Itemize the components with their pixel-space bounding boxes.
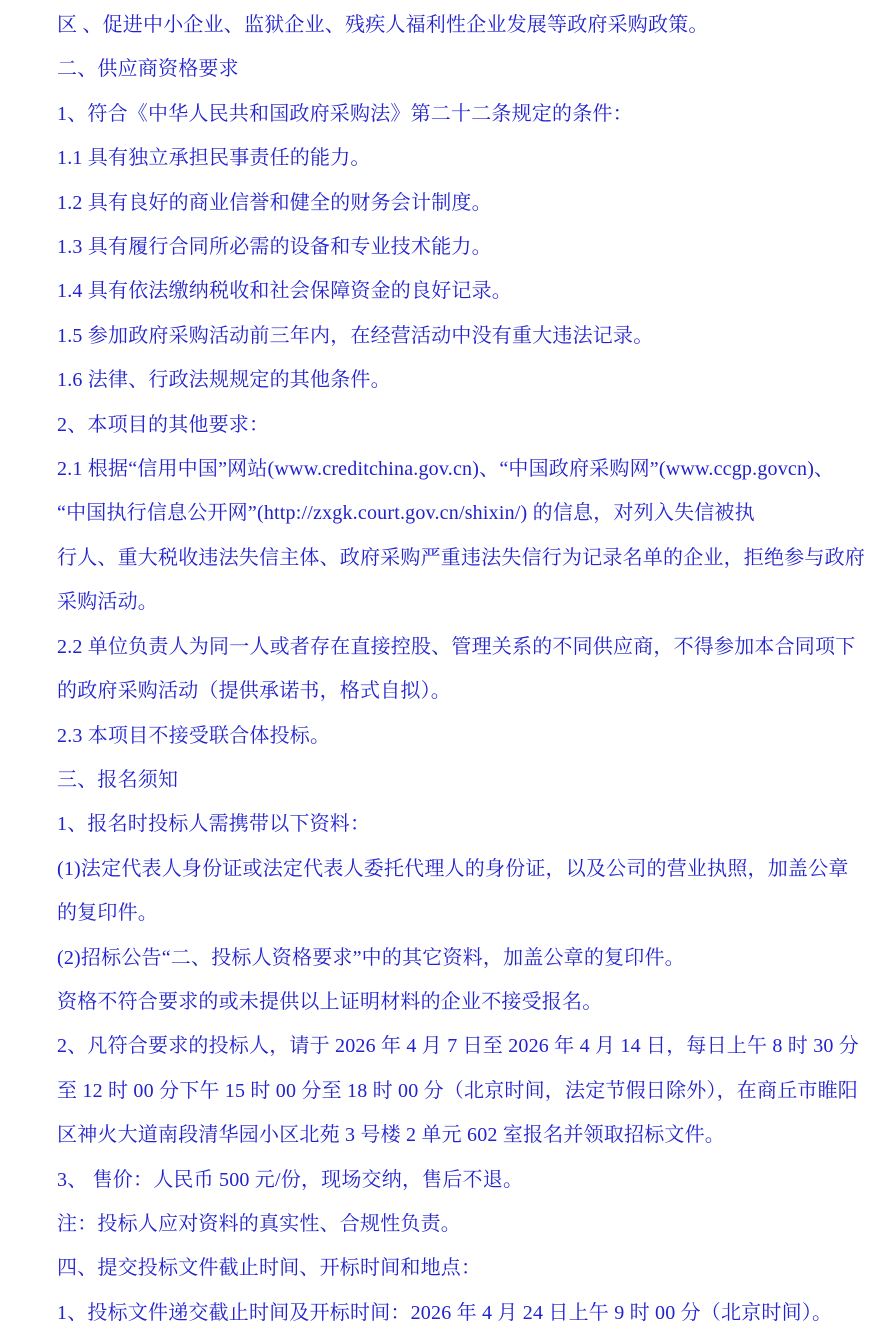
item-1: 1、符合《中华人民共和国政府采购法》第二十二条规定的条件： xyxy=(57,92,863,136)
item-2-2-line-1: 2.2 单位负责人为同一人或者存在直接控股、管理关系的不同供应商，不得参加本合同… xyxy=(57,625,863,669)
authenticity-note: 注：投标人应对资料的真实性、合规性负责。 xyxy=(57,1202,863,1246)
item-3-2-line-1: 2、凡符合要求的投标人，请于 2026 年 4 月 7 日至 2026 年 4 … xyxy=(57,1024,863,1068)
item-2-1-line-3: 行人、重大税收违法失信主体、政府采购严重违法失信行为记录名单的企业，拒绝参与政府 xyxy=(57,536,863,580)
item-3-1-sub2: (2)招标公告“二、投标人资格要求”中的其它资料，加盖公章的复印件。 xyxy=(57,936,863,980)
item-1-6: 1.6 法律、行政法规规定的其他条件。 xyxy=(57,358,863,402)
item-3-2-line-3: 区神火大道南段清华园小区北苑 3 号楼 2 单元 602 室报名并领取招标文件。 xyxy=(57,1113,863,1157)
policy-paragraph-continuation: 区 、促进中小企业、监狱企业、残疾人福利性企业发展等政府采购政策。 xyxy=(57,3,863,47)
item-2-3: 2.3 本项目不接受联合体投标。 xyxy=(57,714,863,758)
item-1-1: 1.1 具有独立承担民事责任的能力。 xyxy=(57,136,863,180)
item-3-1-sub1-line-2: 的复印件。 xyxy=(57,891,863,935)
item-3-1-sub1-line-1: (1)法定代表人身份证或法定代表人委托代理人的身份证，以及公司的营业执照，加盖公… xyxy=(57,847,863,891)
item-2-1-line-1: 2.1 根据“信用中国”网站(www.creditchina.gov.cn)、“… xyxy=(57,447,863,491)
section-heading-4: 四、提交投标文件截止时间、开标时间和地点： xyxy=(57,1246,863,1290)
item-3-2-line-2: 至 12 时 00 分下午 15 时 00 分至 18 时 00 分（北京时间，… xyxy=(57,1069,863,1113)
section-heading-3: 三、报名须知 xyxy=(57,758,863,802)
item-2: 2、本项目的其他要求： xyxy=(57,403,863,447)
item-1-5: 1.5 参加政府采购活动前三年内，在经营活动中没有重大违法记录。 xyxy=(57,314,863,358)
item-4-1: 1、投标文件递交截止时间及开标时间：2026 年 4 月 24 日上午 9 时 … xyxy=(57,1291,863,1335)
qualification-rejection-note: 资格不符合要求的或未提供以上证明材料的企业不接受报名。 xyxy=(57,980,863,1024)
item-1-4: 1.4 具有依法缴纳税收和社会保障资金的良好记录。 xyxy=(57,269,863,313)
item-3-1: 1、报名时投标人需携带以下资料： xyxy=(57,802,863,846)
document-body: 区 、促进中小企业、监狱企业、残疾人福利性企业发展等政府采购政策。二、供应商资格… xyxy=(57,3,863,1335)
document-page: 区 、促进中小企业、监狱企业、残疾人福利性企业发展等政府采购政策。二、供应商资格… xyxy=(0,0,879,1338)
item-2-1-line-2: “中国执行信息公开网”(http://zxgk.court.gov.cn/shi… xyxy=(57,491,863,535)
section-heading-2: 二、供应商资格要求 xyxy=(57,47,863,91)
item-3-3-price: 3、 售价：人民币 500 元/份，现场交纳，售后不退。 xyxy=(57,1158,863,1202)
item-1-2: 1.2 具有良好的商业信誉和健全的财务会计制度。 xyxy=(57,181,863,225)
item-1-3: 1.3 具有履行合同所必需的设备和专业技术能力。 xyxy=(57,225,863,269)
item-2-2-line-2: 的政府采购活动（提供承诺书，格式自拟）。 xyxy=(57,669,863,713)
item-2-1-line-4: 采购活动。 xyxy=(57,580,863,624)
